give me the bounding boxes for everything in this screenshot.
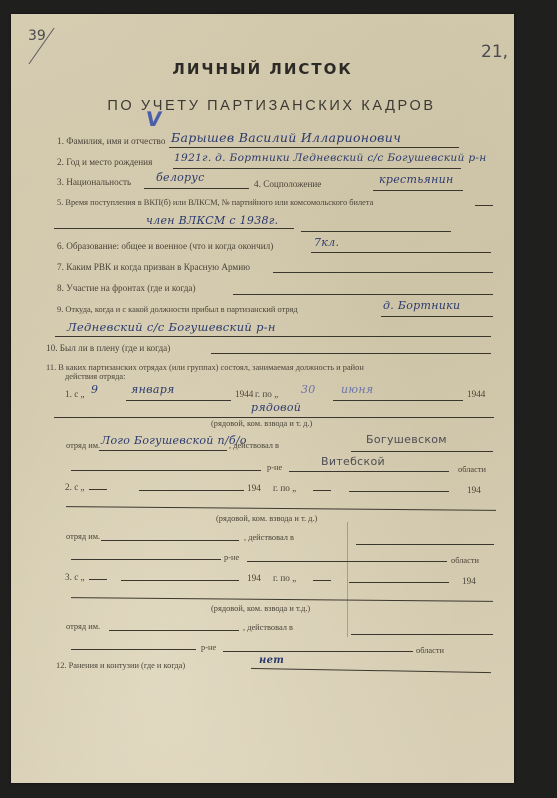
entry-2-acted-label: , действовал в bbox=[244, 533, 294, 542]
entry-2-year-from: 194 bbox=[247, 483, 261, 493]
field-11-label-line1: 11. В каких партизанских отрядах (или гр… bbox=[46, 363, 364, 372]
field-7-label: 7. Каким РВК и когда призван в Красную А… bbox=[57, 262, 250, 272]
entry-2-year-to: 194 bbox=[467, 485, 481, 495]
entry-1-otryad-label: отряд им. bbox=[66, 441, 100, 450]
field-6-line bbox=[311, 252, 491, 253]
entry-2-otryad-label: отряд им. bbox=[66, 532, 100, 541]
entry-3-acted-label: , действовал в bbox=[243, 623, 293, 632]
field-5-line-b bbox=[54, 228, 294, 229]
entry-3-day-to-line bbox=[313, 580, 331, 581]
field-3-label: 3. Национальность bbox=[57, 177, 131, 187]
field-10-line bbox=[211, 353, 491, 354]
entry-2-month-line bbox=[139, 490, 244, 491]
entry-1-position-caption: (рядовой, ком. взвода и т. д.) bbox=[211, 419, 312, 428]
entry-1-month-to: июня bbox=[341, 383, 374, 396]
field-12-line bbox=[251, 668, 491, 673]
entry-3-position-caption: (рядовой, ком. взвода и т.д.) bbox=[211, 604, 310, 613]
entry-3-year-to: 194 bbox=[462, 576, 476, 586]
field-6-label: 6. Образование: общее и военное (что и к… bbox=[57, 241, 273, 251]
entry-3-oblast-line bbox=[223, 651, 413, 652]
field-9-line-a bbox=[381, 316, 493, 317]
field-4-label: 4. Соцположение bbox=[254, 179, 321, 189]
field-3-line bbox=[144, 188, 249, 189]
document-page: 39 21, ЛИЧНЫЙ ЛИСТОК ПО УЧЕТУ ПАРТИЗАНСК… bbox=[11, 14, 514, 783]
field-8-line bbox=[233, 294, 493, 295]
entry-3-oblast-label: области bbox=[416, 646, 444, 655]
field-5-line-a bbox=[475, 205, 493, 206]
entry-1-year-to: 1944 bbox=[467, 389, 485, 399]
entry-1-rayon-label: р-не bbox=[267, 463, 282, 472]
check-mark-icon: V bbox=[144, 107, 163, 131]
field-9-value-line2: Ледневский с/с Богушевский р-н bbox=[67, 320, 276, 334]
field-3-value: белорус bbox=[156, 171, 205, 184]
field-1-line bbox=[169, 147, 459, 148]
entry-2-position-line bbox=[66, 506, 496, 511]
entry-2-num: 2. с „ bbox=[65, 482, 85, 492]
entry-2-acted-line bbox=[356, 544, 494, 545]
entry-2-day-line bbox=[89, 489, 107, 490]
entry-2-rayon-line bbox=[71, 559, 221, 560]
entry-1-num: 1. с „ bbox=[65, 389, 85, 399]
field-5-label: 5. Время поступления в ВКП(б) или ВЛКСМ,… bbox=[57, 198, 373, 207]
entry-1-month-from: января bbox=[131, 383, 175, 396]
entry-1-day-from: 9 bbox=[91, 383, 98, 396]
entry-2-month-to-line bbox=[349, 491, 449, 492]
entry-3-month-to-line bbox=[349, 582, 449, 583]
entry-1-year-from: 1944 bbox=[235, 389, 253, 399]
field-2-line bbox=[173, 168, 461, 169]
document-title: ЛИЧНЫЙ ЛИСТОК bbox=[11, 60, 514, 78]
entry-3-rayon-line bbox=[71, 649, 196, 650]
entry-1-rayon-line bbox=[71, 470, 261, 471]
field-9-value-line1: д. Бортники bbox=[383, 299, 460, 312]
entry-3-month-line bbox=[121, 580, 239, 581]
field-12-value: нет bbox=[259, 655, 284, 666]
entry-3-position-line bbox=[71, 597, 493, 602]
field-2-value: 1921г. д. Бортники Ледневский с/с Богуше… bbox=[174, 152, 487, 164]
entry-3-otryad-line bbox=[109, 630, 239, 631]
field-4-line bbox=[373, 190, 463, 191]
entry-2-day-to-line bbox=[313, 490, 331, 491]
field-6-value: 7кл. bbox=[314, 236, 339, 249]
entry-1-position-line bbox=[54, 417, 494, 418]
field-9-line-b bbox=[55, 336, 491, 337]
entry-3-rayon-label: р-не bbox=[201, 643, 216, 652]
entry-1-acted-line bbox=[351, 451, 493, 452]
field-12-label: 12. Ранения и контузии (где и когда) bbox=[56, 661, 185, 670]
entry-2-oblast-label: области bbox=[451, 556, 479, 565]
entry-1-oblast-label: области bbox=[458, 465, 486, 474]
archive-number-top-right: 21, bbox=[481, 42, 508, 62]
field-9-label: 9. Откуда, когда и с какой должности при… bbox=[57, 305, 298, 314]
entry-3-year-from: 194 bbox=[247, 573, 261, 583]
entry-1-oblast-value: Витебской bbox=[321, 455, 385, 468]
entry-1-day-to: 30 bbox=[301, 383, 316, 396]
field-5-line-c bbox=[301, 231, 451, 232]
entry-1-otryad-value: Лого Богушевской п/б/о bbox=[101, 434, 247, 447]
field-7-line bbox=[273, 272, 493, 273]
entry-3-to-label: г. по „ bbox=[273, 573, 296, 583]
entry-3-acted-line bbox=[351, 634, 493, 635]
entry-3-num: 3. с „ bbox=[65, 572, 85, 582]
field-4-value: крестьянин bbox=[379, 173, 454, 186]
entry-2-otryad-line bbox=[101, 540, 239, 541]
field-2-label: 2. Год и место рождения bbox=[57, 157, 152, 167]
entry-2-position-caption: (рядовой, ком. взвода и т. д.) bbox=[216, 514, 317, 523]
entry-1-to-label: г. по „ bbox=[255, 389, 278, 399]
field-1-label: 1. Фамилия, имя и отчество bbox=[57, 136, 165, 146]
entry-2-to-label: г. по „ bbox=[273, 483, 296, 493]
field-8-label: 8. Участие на фронтах (где и когда) bbox=[57, 283, 196, 293]
field-11-label-line2: действия отряда: bbox=[65, 372, 125, 381]
field-1-value: Барышев Василий Илларионович bbox=[171, 130, 401, 145]
field-10-label: 10. Был ли в плену (где и когда) bbox=[46, 343, 170, 353]
entry-1-position: рядовой bbox=[251, 401, 301, 414]
field-5-value: член ВЛКСМ с 1938г. bbox=[146, 214, 278, 227]
entry-1-month-to-line bbox=[333, 400, 463, 401]
entry-1-acted-label: , действовал в bbox=[229, 441, 279, 450]
entry-1-oblast-line bbox=[289, 471, 449, 472]
entry-3-otryad-label: отряд им. bbox=[66, 622, 100, 631]
entry-1-otryad-line bbox=[99, 450, 227, 451]
document-subtitle: ПО УЧЕТУ ПАРТИЗАНСКИХ КАДРОВ bbox=[11, 98, 514, 114]
entry-3-day-line bbox=[89, 579, 107, 580]
entry-1-month-line bbox=[126, 400, 231, 401]
entry-2-rayon-label: р-не bbox=[224, 553, 239, 562]
paper-fold-mark bbox=[347, 522, 348, 637]
entry-1-acted-value: Богушевском bbox=[366, 433, 447, 446]
